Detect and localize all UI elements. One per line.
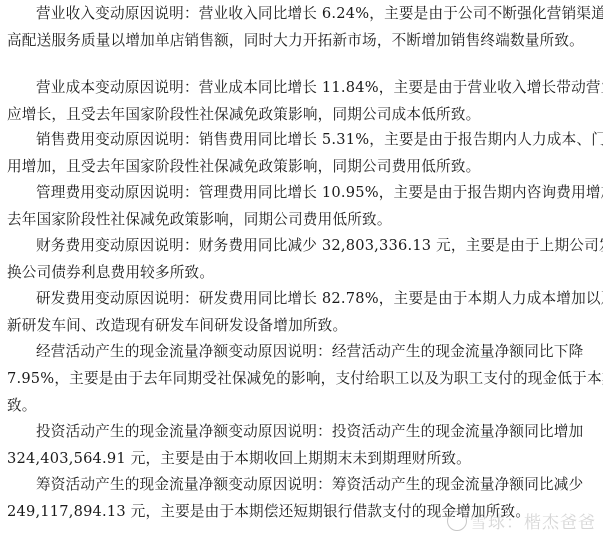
paragraph-operating-cashflow-line-3: 致。 (7, 397, 597, 415)
paragraph-operating-cashflow-line-1: 经营活动产生的现金流量净额变动原因说明：经营活动产生的现金流量净额同比下降 (36, 343, 597, 361)
paragraph-operating-cashflow-line-2: 7.95%，主要是由于去年同期受社保减免的影响，支付给职工以及为职工支付的现金低… (7, 370, 597, 388)
paragraph-admin-expense-line-2: 去年国家阶段性社保减免政策影响，同期公司费用低所致。 (7, 211, 597, 229)
paragraph-rd-expense-line-1: 研发费用变动原因说明：研发费用同比增长 82.78%，主要是由于本期人力成本增加… (36, 290, 597, 308)
paragraph-finance-expense-line-2: 换公司债券利息费用较多所致。 (7, 264, 597, 282)
paragraph-financing-cashflow-line-1: 筹资活动产生的现金流量净额变动原因说明：筹资活动产生的现金流量净额同比减少 (36, 476, 597, 494)
paragraph-rd-expense-line-2: 新研发车间、改造现有研发车间研发设备增加所致。 (7, 317, 597, 335)
watermark: 雪球：楷杰爸爸 (447, 508, 596, 533)
paragraph-finance-expense-line-1: 财务费用变动原因说明：财务费用同比减少 32,803,336.13 元，主要是由… (36, 237, 597, 255)
paragraph-selling-expense-line-1: 销售费用变动原因说明：销售费用同比增长 5.31%，主要是由于报告期内人力成本、… (36, 131, 597, 149)
paragraph-revenue-line-1: 营业收入变动原因说明：营业收入同比增长 6.24%，主要是由于公司不断强化营销渠… (36, 5, 597, 23)
paragraph-revenue-line-2: 高配送服务质量以增加单店销售额，同时大力开拓新市场，不断增加销售终端数量所致。 (7, 32, 597, 50)
paragraph-admin-expense-line-1: 管理费用变动原因说明：管理费用同比增长 10.95%，主要是由于报告期内咨询费用… (36, 184, 597, 202)
paragraph-investing-cashflow-line-2: 324,403,564.91 元，主要是由于本期收回上期期末未到期理财所致。 (7, 450, 597, 468)
document-page: 营业收入变动原因说明：营业收入同比增长 6.24%，主要是由于公司不断强化营销渠… (0, 0, 603, 537)
paragraph-operating-cost-line-1: 营业成本变动原因说明：营业成本同比增长 11.84%，主要是由于营业收入增长带动… (36, 79, 597, 97)
paragraph-operating-cost-line-2: 应增长，且受去年国家阶段性社保减免政策影响，同期公司成本低所致。 (7, 106, 597, 124)
paragraph-investing-cashflow-line-1: 投资活动产生的现金流量净额变动原因说明：投资活动产生的现金流量净额同比增加 (36, 423, 597, 441)
watermark-text: 雪球：楷杰爸爸 (470, 513, 596, 533)
xueqiu-logo-icon (447, 511, 467, 531)
paragraph-selling-expense-line-2: 用增加，且受去年国家阶段性社保减免政策影响，同期公司费用低所致。 (7, 158, 597, 176)
